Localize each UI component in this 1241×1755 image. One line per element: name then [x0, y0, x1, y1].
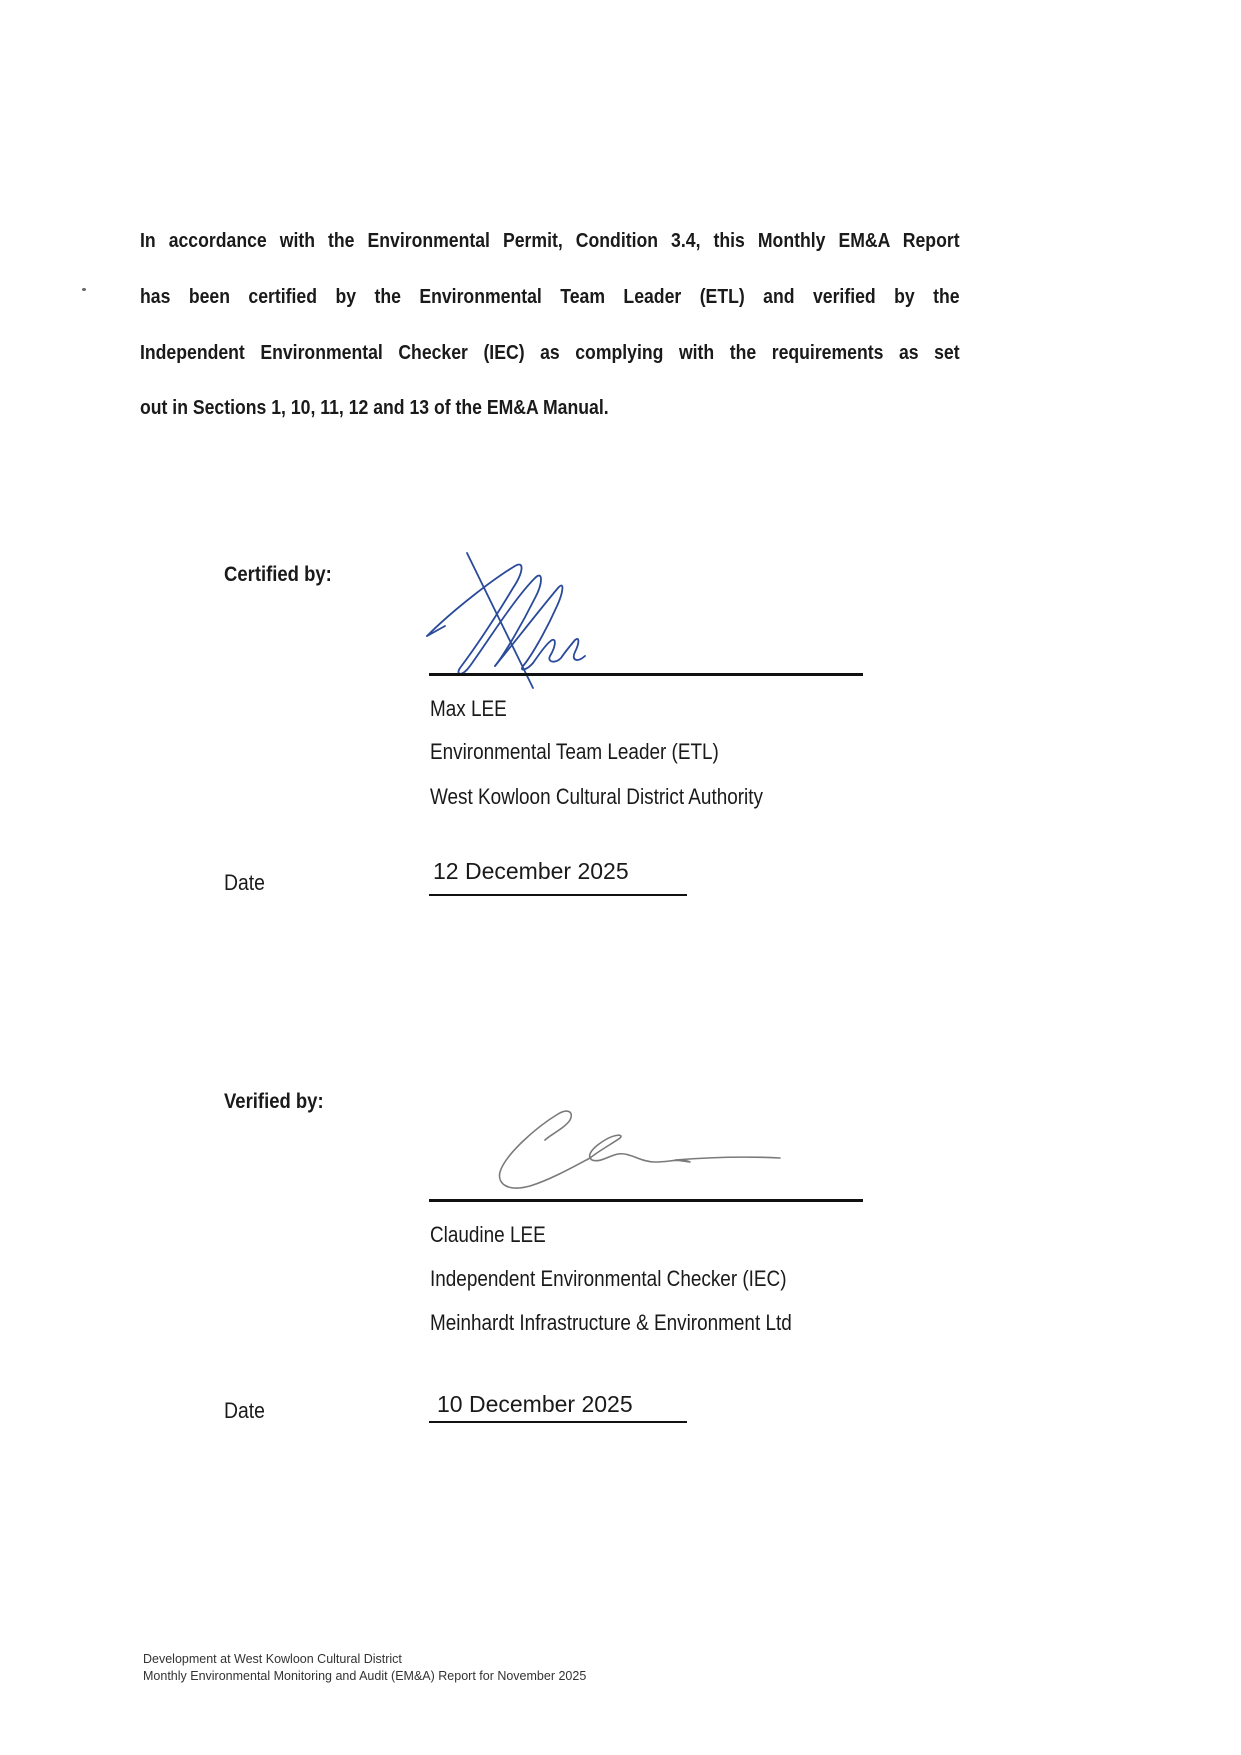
statement-line: has been certified by the Environmental … — [140, 285, 960, 309]
footer-project: Development at West Kowloon Cultural Dis… — [143, 1652, 402, 1666]
iec-signature-line — [429, 1199, 863, 1202]
iec-date-value: 10 December 2025 — [437, 1391, 633, 1418]
etl-title: Environmental Team Leader (ETL) — [430, 739, 719, 765]
iec-organization: Meinhardt Infrastructure & Environment L… — [430, 1310, 792, 1336]
statement-line: In accordance with the Environmental Per… — [140, 229, 960, 253]
etl-organization: West Kowloon Cultural District Authority — [430, 784, 763, 810]
footer-report-title: Monthly Environmental Monitoring and Aud… — [143, 1669, 586, 1683]
iec-signature — [490, 1100, 810, 1195]
iec-title: Independent Environmental Checker (IEC) — [430, 1266, 787, 1292]
etl-signature-line — [429, 673, 863, 676]
etl-name: Max LEE — [430, 696, 507, 722]
etl-date-label: Date — [224, 870, 265, 896]
iec-name: Claudine LEE — [430, 1222, 546, 1248]
etl-date-line — [429, 894, 687, 896]
etl-signature — [415, 548, 615, 693]
iec-date-label: Date — [224, 1398, 265, 1424]
verified-by-label: Verified by: — [224, 1090, 324, 1114]
scan-speck — [82, 288, 86, 291]
statement-line: Independent Environmental Checker (IEC) … — [140, 341, 960, 365]
iec-date-line — [429, 1421, 687, 1423]
statement-line: out in Sections 1, 10, 11, 12 and 13 of … — [140, 396, 845, 420]
etl-date-value: 12 December 2025 — [433, 858, 629, 885]
certified-by-label: Certified by: — [224, 563, 332, 587]
